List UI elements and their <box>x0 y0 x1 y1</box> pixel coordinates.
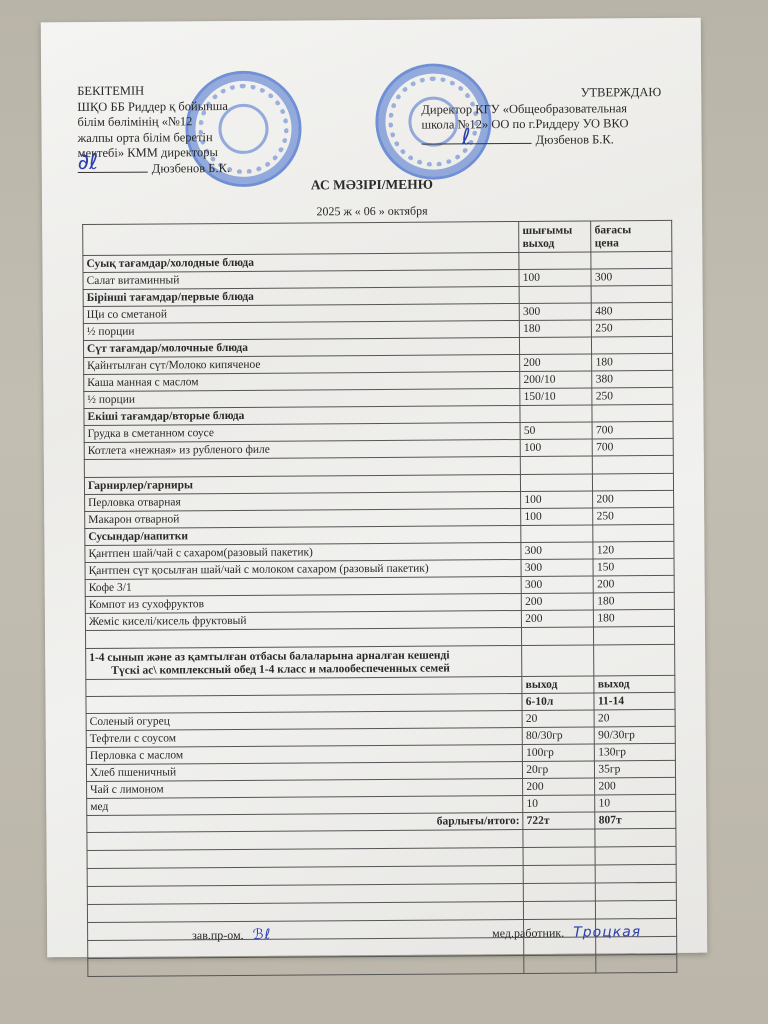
complex-yield-11-14: 200 <box>595 777 676 795</box>
dish-price: 380 <box>592 370 673 388</box>
table-row: шығымывыходбағасыцена <box>83 220 672 255</box>
signatory-name: Дюзбенов Б.К. <box>152 160 230 175</box>
approval-line: білім бөлімінің «№12 <box>77 114 229 131</box>
complex-yield-11-14: 90/30гр <box>595 726 676 744</box>
table-cell <box>592 404 673 422</box>
complex-yield-6-10: 200 <box>523 778 595 796</box>
dish-yield: 300 <box>521 542 593 560</box>
approve-label-ru: УТВЕРЖДАЮ <box>421 85 661 102</box>
table-cell <box>520 405 592 423</box>
table-cell <box>593 524 674 542</box>
signature-right: ℓ <box>461 125 470 150</box>
complex-col-label: выход <box>594 675 675 693</box>
table-cell <box>592 285 673 303</box>
table-cell <box>88 955 524 976</box>
dish-price: 480 <box>592 302 673 320</box>
approval-line: Директор КГУ «Общеобразовательная <box>421 100 661 117</box>
dish-yield: 200 <box>520 354 592 372</box>
table-cell <box>519 286 591 304</box>
dish-yield: 300 <box>521 559 593 577</box>
table-row <box>88 954 677 976</box>
price-kk: бағасы <box>595 224 669 238</box>
complex-yield-6-10: 20гр <box>523 761 595 779</box>
dish-yield: 200 <box>522 610 594 628</box>
table-cell <box>591 251 672 269</box>
medical-worker-signature: Троцкая <box>573 924 641 940</box>
dish-yield: 150/10 <box>520 388 592 406</box>
dish-price: 700 <box>593 438 674 456</box>
dish-yield: 200/10 <box>520 371 592 389</box>
dish-yield: 100 <box>521 491 593 509</box>
dish-yield: 100 <box>519 269 591 287</box>
dish-price: 250 <box>593 507 674 525</box>
table-cell <box>521 525 593 543</box>
dish-yield: 200 <box>521 593 593 611</box>
dish-yield: 50 <box>520 422 592 440</box>
header-blank <box>83 221 519 255</box>
document-date: 2025 ж « 06 » октября <box>42 202 702 222</box>
table-cell <box>520 337 592 355</box>
table-cell <box>521 474 593 492</box>
signature-left: ∂ℓ <box>78 150 99 175</box>
complex-yield-11-14: 20 <box>594 709 675 727</box>
table-cell <box>594 644 675 676</box>
table-cell <box>596 864 677 883</box>
table-cell <box>524 901 596 920</box>
total-11-14: 807т <box>595 811 676 829</box>
table-cell <box>594 626 675 645</box>
complex-title: 1-4 сынып және аз қамтылған отбасы балал… <box>86 645 522 679</box>
approval-line: жалпы орта білім беретін <box>78 129 230 146</box>
table-cell <box>593 473 674 491</box>
dish-yield: 300 <box>521 576 593 594</box>
approval-line: ШҚО ББ Риддер қ бойынша <box>77 98 229 115</box>
dish-yield: 180 <box>520 320 592 338</box>
table-row: 1-4 сынып және аз қамтылған отбасы балал… <box>86 644 675 679</box>
complex-title-ru: Түскі ас\ комплексный обед 1-4 класс и м… <box>89 662 518 678</box>
complex-yield-6-10: 10 <box>523 795 595 813</box>
dish-price: 250 <box>592 387 673 405</box>
table-cell <box>596 954 677 973</box>
document-title: АС МӘЗІРІ/МЕНЮ <box>42 175 702 196</box>
dish-yield: 100 <box>520 439 592 457</box>
header-price: бағасыцена <box>591 220 672 252</box>
table-cell <box>523 847 595 866</box>
dish-price: 180 <box>594 592 675 610</box>
table-cell <box>595 846 676 865</box>
approval-block-kk: БЕКІТЕМІН ШҚО ББ Риддер қ бойынша білім … <box>77 83 230 177</box>
production-manager-label: зав.пр-ом. <box>192 928 244 942</box>
table-cell <box>524 955 596 974</box>
complex-col-label: выход <box>522 676 594 694</box>
menu-table: шығымывыходбағасыценаСуық тағамдар/холод… <box>82 220 677 977</box>
complex-yield-11-14: 130гр <box>595 743 676 761</box>
price-ru: цена <box>595 237 669 251</box>
medical-worker-label: мед.работник. <box>492 926 564 941</box>
complex-yield-6-10: 100гр <box>523 744 595 762</box>
signatory-name: Дюзбенов Б.К. <box>536 132 614 147</box>
approval-block-ru: УТВЕРЖДАЮ Директор КГУ «Общеобразователь… <box>421 85 661 149</box>
complex-age-group: 6-10л <box>522 693 594 711</box>
dish-price: 200 <box>593 490 674 508</box>
table-cell <box>596 882 677 901</box>
dish-yield: 300 <box>519 303 591 321</box>
complex-yield-11-14: 10 <box>595 794 676 812</box>
menu-document: БЕКІТЕМІН ШҚО ББ Риддер қ бойынша білім … <box>41 18 708 958</box>
table-cell <box>593 455 674 474</box>
dish-price: 250 <box>592 319 673 337</box>
table-cell <box>523 865 595 884</box>
table-cell <box>519 252 591 270</box>
table-cell <box>521 456 593 475</box>
footer-medical-worker: мед.работник. Троцкая <box>492 924 641 941</box>
signature-line <box>422 142 532 144</box>
dish-price: 180 <box>592 353 673 371</box>
dish-price: 180 <box>594 609 675 627</box>
table-cell <box>595 828 676 847</box>
complex-age-group: 11-14 <box>594 692 675 710</box>
yield-ru: выход <box>523 238 588 251</box>
footer-production-manager: зав.пр-ом. ℬℓ <box>192 927 271 944</box>
header-yield: шығымывыход <box>519 221 591 253</box>
table-cell <box>592 336 673 354</box>
total-6-10: 722т <box>523 812 595 830</box>
table-cell <box>523 829 595 848</box>
complex-yield-6-10: 20 <box>522 710 594 728</box>
dish-price: 150 <box>593 558 674 576</box>
approval-line: мектебі» КММ директоры <box>78 145 230 162</box>
complex-yield-11-14: 35гр <box>595 760 676 778</box>
complex-yield-6-10: 80/30гр <box>522 727 594 745</box>
table-cell <box>522 645 594 677</box>
dish-price: 700 <box>592 421 673 439</box>
production-manager-signature: ℬℓ <box>253 927 272 943</box>
dish-yield: 100 <box>521 508 593 526</box>
approval-line: школа №12» ОО по г.Риддеру УО ВКО <box>421 116 661 133</box>
table-cell <box>522 627 594 646</box>
dish-price: 200 <box>594 575 675 593</box>
approve-label-kk: БЕКІТЕМІН <box>77 83 229 100</box>
table-cell <box>524 883 596 902</box>
table-cell <box>596 900 677 919</box>
yield-kk: шығымы <box>522 225 587 238</box>
dish-price: 120 <box>593 541 674 559</box>
dish-price: 300 <box>591 268 672 286</box>
